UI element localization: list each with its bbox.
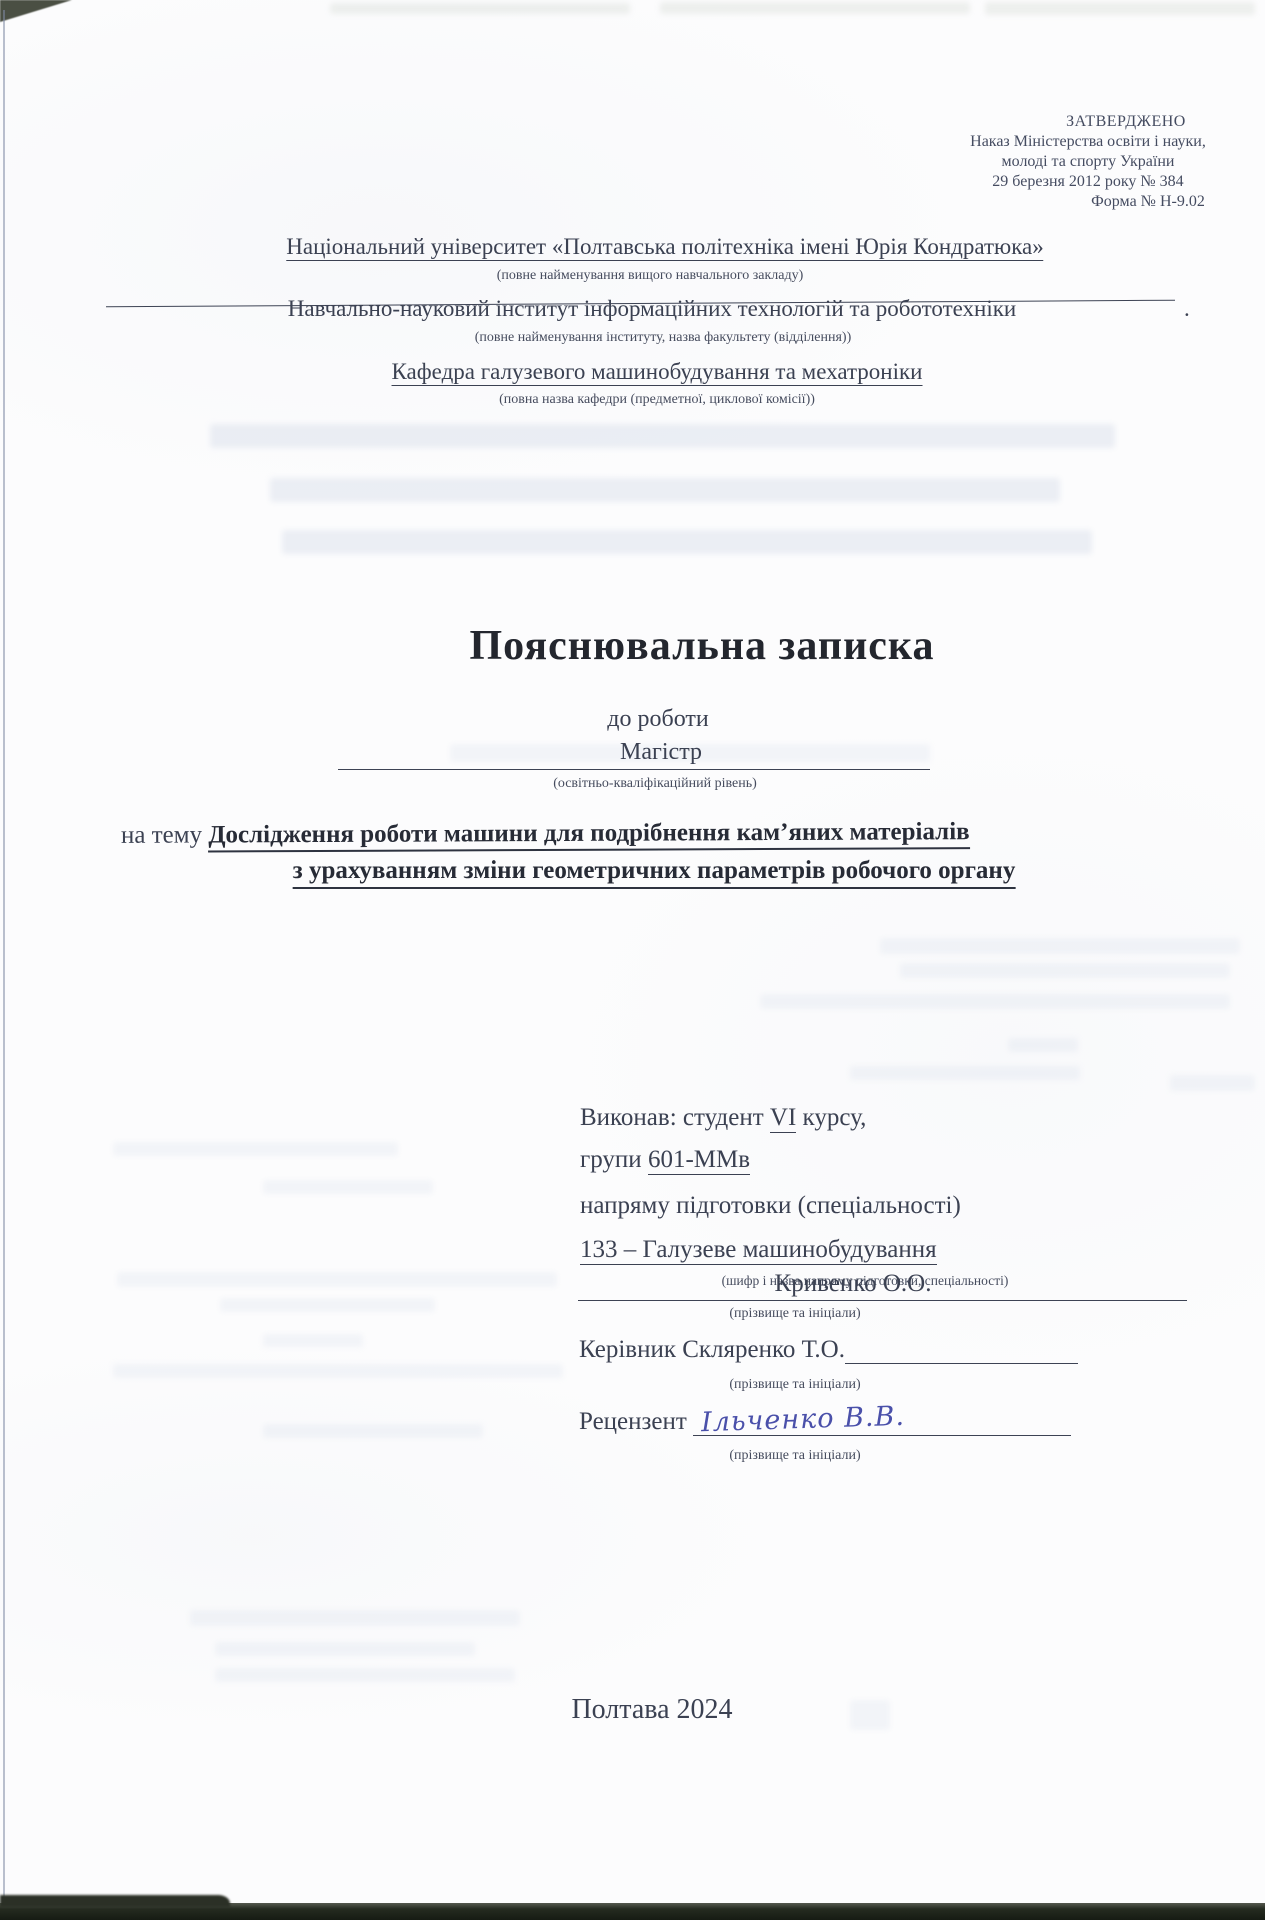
scan-top-smudge [330,3,630,14]
department-caption: (повна назва кафедри (предметної, циклов… [499,392,815,408]
reviewer-caption: (прізвище та ініціали) [729,1448,860,1464]
bleedthrough-smudge [215,1642,475,1656]
scan-corner-artifact [0,0,72,22]
reviewer-handwritten-signature: Ільченко В.В. [701,1401,906,1438]
bleedthrough-smudge [1008,1038,1078,1052]
group-value: 601-ММв [648,1146,750,1175]
institute-caption: (повне найменування інституту, назва фак… [475,330,851,346]
reviewer-line: Рецензент Ільченко В.В. [579,1404,1071,1436]
bleedthrough-smudge [263,1424,483,1438]
executor-line-course: Виконав: студент VI курсу, [580,1104,866,1132]
bleedthrough-smudge [900,963,1230,978]
executor-line-specialty: 133 – Галузеве машинобудування [580,1236,937,1264]
institute-name: Навчально-науковий інститут інформаційни… [288,296,1016,322]
supervisor-underline [845,1336,1078,1364]
scanned-title-page: ЗАТВЕРДЖЕНО Наказ Міністерства освіти і … [0,0,1265,1920]
specialty-value: 133 – Галузеве машинобудування [580,1236,937,1265]
bleedthrough-smudge [113,1142,398,1156]
approval-order-line1: Наказ Міністерства освіти і науки, [928,132,1248,152]
bleedthrough-smudge [117,1272,557,1287]
bleedthrough-smudge [263,1180,433,1194]
department-name: Кафедра галузевого машинобудування та ме… [392,359,923,385]
scan-top-smudge [985,2,1255,15]
bleedthrough-smudge [190,1610,520,1626]
supervisor-line: Керівник Скляренко Т.О. [579,1336,845,1364]
university-name-text: Національний університет «Полтавська пол… [286,234,1043,261]
performed-suffix: курсу, [796,1104,866,1131]
bleedthrough-smudge [263,1334,363,1347]
approval-block: ЗАТВЕРДЖЕНО Наказ Міністерства освіти і … [928,112,1248,212]
bleedthrough-smudge [850,1066,1080,1080]
university-caption: (повне найменування вищого навчального з… [497,268,804,284]
bleedthrough-smudge [113,1364,563,1378]
topic-line2: з урахуванням зміни геометричних парамет… [293,857,1016,889]
department-name-text: Кафедра галузевого машинобудування та ме… [392,359,923,386]
bleedthrough-smudge [880,938,1240,954]
student-name-caption: (прізвище та ініціали) [729,1306,860,1322]
degree-underline [338,769,930,770]
degree-value: Магістр [620,739,702,766]
bleedthrough-smudge [282,530,1092,554]
city-year: Полтава 2024 [571,1694,732,1726]
approval-form-number: Форма № Н-9.02 [1048,192,1248,212]
supervisor-caption: (прізвище та ініціали) [729,1377,860,1393]
to-work-label: до роботи [607,706,708,733]
approval-stamp-label: ЗАТВЕРДЖЕНО [1004,112,1248,132]
executor-line-group: групи 601-ММв [580,1146,750,1174]
scan-edge-line [3,10,5,1902]
scan-bottom-band-left-hump [0,1895,230,1907]
page-title: Пояснювальна записка [470,622,935,670]
supervisor-name: Скляренко Т.О. [682,1336,845,1363]
university-name: Національний університет «Полтавська пол… [286,234,1043,260]
group-label: групи [580,1146,648,1173]
topic-line1-text: Дослідження роботи машини для подрібненн… [208,818,969,852]
bleedthrough-smudge [1170,1075,1255,1091]
scan-top-smudge [660,2,970,14]
bleedthrough-smudge [850,1700,890,1730]
bleedthrough-smudge [760,994,1230,1009]
bleedthrough-smudge [270,478,1060,502]
student-name: Кривенко О.О. [775,1270,932,1298]
performed-prefix: Виконав: студент [580,1104,770,1131]
approval-order-line2: молоді та спорту України [928,152,1248,172]
approval-order-line3: 29 березня 2012 року № 384 [928,172,1248,192]
topic-line1: на тему Дослідження роботи машини для по… [121,818,970,850]
institute-trailing-mark: . [1184,296,1190,322]
topic-label: на тему [121,821,208,848]
supervisor-label: Керівник [579,1336,682,1363]
bleedthrough-smudge [220,1298,435,1312]
bleedthrough-smudge [210,424,1115,448]
student-name-underline [578,1300,1187,1301]
reviewer-label: Рецензент [579,1408,693,1435]
degree-caption: (освітньо-кваліфікаційний рівень) [553,776,757,792]
executor-line-specialty-intro: напряму підготовки (спеціальності) [580,1192,961,1220]
course-value: VI [770,1104,796,1133]
reviewer-signature-area: Ільченко В.В. [693,1404,1071,1436]
bleedthrough-smudge [215,1668,515,1682]
